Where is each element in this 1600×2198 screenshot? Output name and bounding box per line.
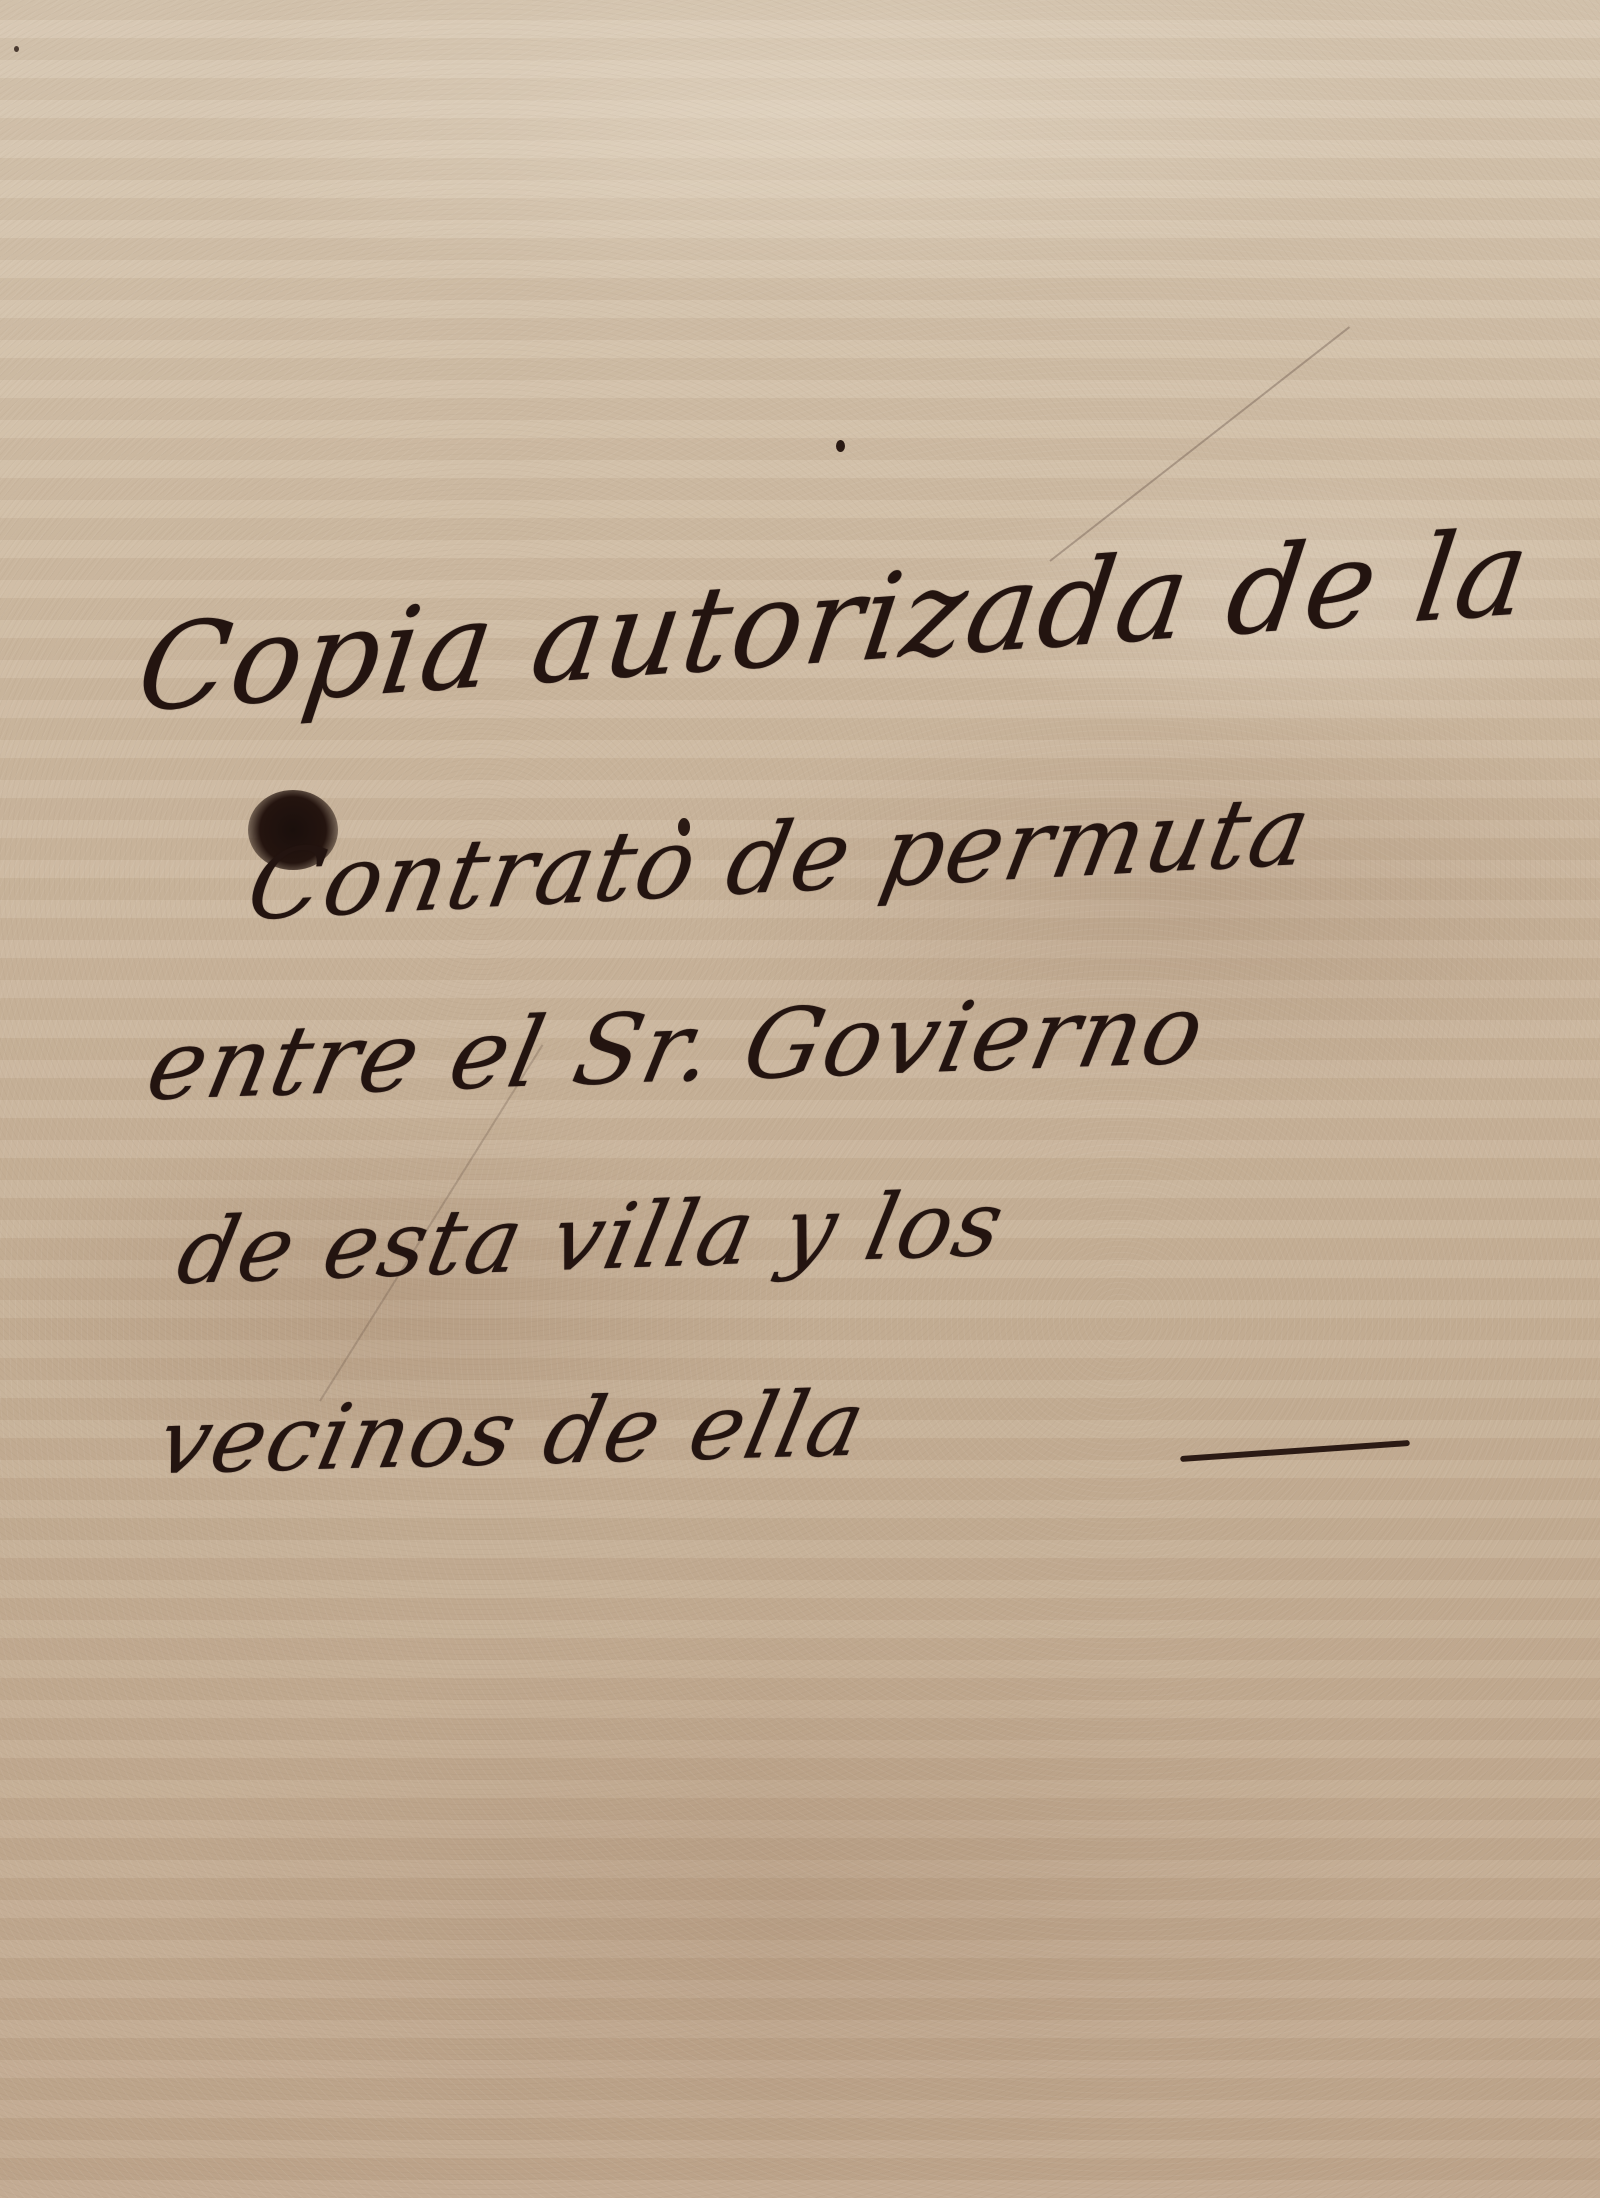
ink-speck xyxy=(14,46,19,52)
ink-speck xyxy=(836,440,845,452)
manuscript-line-3: entre el Sr. Govierno xyxy=(138,973,1216,1123)
manuscript-page: Copia autorizada de la Contrato de permu… xyxy=(0,0,1600,2198)
manuscript-line-4: de esta villa y los xyxy=(169,1171,1014,1306)
manuscript-line-5: vecinos de ella xyxy=(148,1371,875,1495)
closing-flourish xyxy=(1180,1440,1410,1462)
manuscript-line-1: Copia autorizada de la xyxy=(130,502,1539,739)
manuscript-line-2: Contrato de permuta xyxy=(239,774,1321,943)
